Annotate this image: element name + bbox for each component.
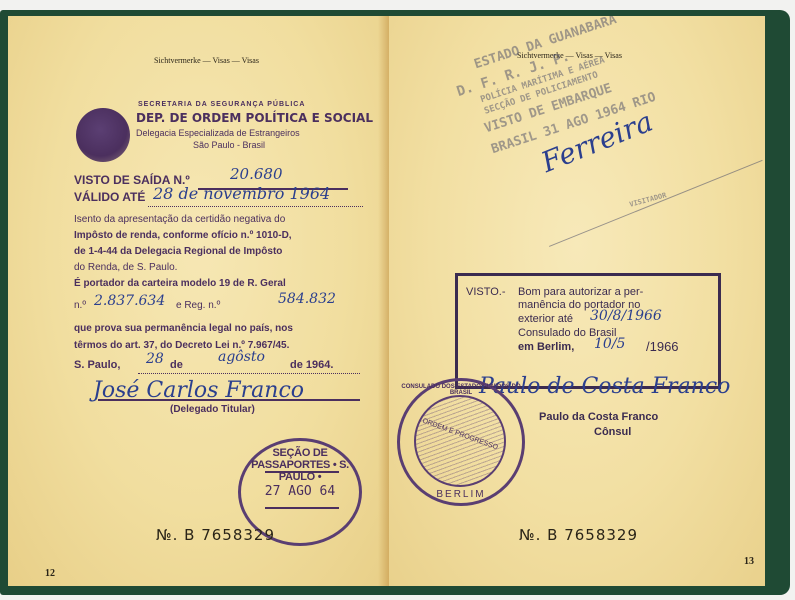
coat-of-arms-stamp-icon <box>76 108 130 162</box>
seal-city: BERLIM <box>400 489 522 500</box>
seal-motto: ORDEM E PROGRESSO <box>417 416 502 453</box>
brazil-globe-icon: ORDEM E PROGRESSO <box>414 395 506 487</box>
stamp-city: São Paulo - Brasil <box>193 140 265 150</box>
passport-serial: №. B 7658329 <box>519 526 638 544</box>
visa-issued-year: /1966 <box>646 339 679 354</box>
reg-number: 584.832 <box>278 291 336 307</box>
consulate-seal: ORDEM E PROGRESSO CONSULADO DOS ESTADOS … <box>397 378 525 506</box>
issue-year: de 1964. <box>290 359 333 371</box>
rg-prefix: n.º <box>74 300 86 311</box>
issue-day: 28 <box>146 351 164 367</box>
delegate-title: (Delegado Titular) <box>170 404 255 415</box>
stamp-delegacia: Delegacia Especializada de Estrangeiros <box>136 128 300 138</box>
issue-place: S. Paulo, <box>74 359 120 371</box>
visa-city-prefix: em Berlim, <box>518 341 574 353</box>
visa-valid-until: 30/8/1966 <box>590 308 662 324</box>
consul-title: Cônsul <box>594 426 631 438</box>
valid-until-label: VÁLIDO ATÉ <box>74 190 145 204</box>
issue-de: de <box>170 359 183 371</box>
page-number: 13 <box>744 556 754 567</box>
visa-label: VISTO.- <box>466 286 506 298</box>
valid-until-date: 28 de novembro 1964 <box>153 184 330 203</box>
stamp-secretaria: SECRETARIA DA SEGURANÇA PÚBLICA <box>138 101 305 108</box>
reg-label: e Reg. n.º <box>176 300 220 311</box>
seal-ring-text: CONSULADO DOS ESTADOS UNIDOS DO BRASIL <box>400 384 522 396</box>
berlin-visa-box: VISTO.- Bom para autorizar a per- manênc… <box>455 273 721 389</box>
stamp-department: DEP. DE ORDEM POLÍTICA E SOCIAL <box>136 111 373 125</box>
page-number: 12 <box>45 568 55 579</box>
exit-visa-number: 20.680 <box>230 165 283 183</box>
passport-section-date: 27 AGO 64 <box>241 484 359 499</box>
signature-line <box>549 160 763 247</box>
visa-issued-date: 10/5 <box>594 336 625 352</box>
exit-stamp-body: Isento da apresentação da certidão negat… <box>74 212 292 292</box>
issue-month: agôsto <box>218 349 265 365</box>
left-page: Sichtvermerke — Visas — Visas SECRETARIA… <box>8 16 389 586</box>
right-page: Sichtvermerke — Visas — Visas ESTADO DA … <box>389 16 765 586</box>
rg-number: 2.837.634 <box>94 293 165 309</box>
passport-serial: №. B 7658329 <box>156 526 275 544</box>
page-header: Sichtvermerke — Visas — Visas <box>154 56 259 65</box>
visa-valid-prefix: exterior até <box>518 313 573 325</box>
consul-name: Paulo da Costa Franco <box>539 411 658 423</box>
passport-section-ring-text: SEÇÃO DE PASSAPORTES • S. PAULO • <box>249 447 351 483</box>
